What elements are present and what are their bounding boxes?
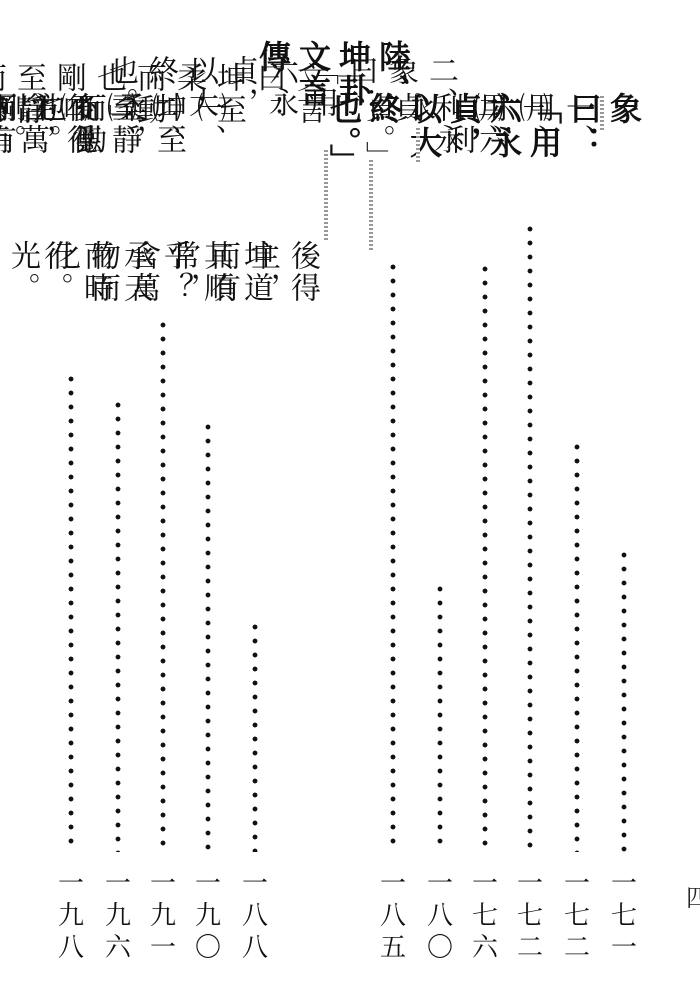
section-title: 陸、坤卦文言傳 (373, 40, 413, 108)
page-number: 一七六 (465, 868, 505, 964)
leader-dots (160, 318, 166, 852)
leader-dots (390, 260, 396, 852)
entry-title-continued: 坤道其順乎？承天而時行。 (235, 240, 275, 304)
entry-title: ㈠、用六 (510, 92, 550, 156)
entry-title: ㈠、坤至柔，而動也剛。 (188, 92, 228, 156)
page-number: 一九八 (51, 868, 91, 964)
entry-title: ㈡、利永貞 (465, 92, 505, 156)
entry-title: ㈢、後得主，而有常。 (98, 92, 138, 156)
leader-dots (68, 372, 74, 852)
leader-dots (437, 582, 443, 852)
entry-title: 一、文言曰：坤至柔，而動也剛，至靜而德方， (328, 62, 368, 126)
leader-dots (205, 420, 211, 852)
leader-dots (252, 620, 258, 852)
proofing-underline (416, 128, 420, 162)
entry-title: 一、用六：「利永貞。」 (557, 92, 597, 173)
entry-title: 二、象曰：「用六永貞，以大終也。」 (420, 55, 460, 136)
leader-dots (527, 222, 533, 852)
page-number: 一九一 (143, 868, 183, 964)
leader-dots (482, 262, 488, 852)
page-number: 一九六 (98, 868, 138, 964)
entry-title: 象曰：「用六永貞，以大終也。」 (604, 92, 644, 178)
leader-dots (574, 440, 580, 852)
proofing-underline (324, 150, 328, 240)
page-number: 一八五 (373, 868, 413, 964)
page-number: 一八〇 (420, 868, 460, 964)
entry-title: ㈡、至靜而德方。 (143, 92, 183, 156)
page-number: 一七二 (557, 868, 597, 964)
page-edge-glyph: 四 (686, 878, 700, 913)
proofing-underline (600, 96, 604, 130)
proofing-underline (369, 160, 373, 250)
entry-title: ㈣、含萬物而化光。 (51, 92, 91, 156)
page-number: 一八八 (235, 868, 275, 964)
entry-title-continued: 後得主，而有常，含萬物而化光。 (282, 240, 322, 304)
page-number: 一七一 (604, 868, 644, 964)
page-number: 一九〇 (188, 868, 228, 964)
leader-dots (115, 398, 121, 852)
leader-dots (621, 548, 627, 852)
page-number: 一七二 (510, 868, 550, 964)
